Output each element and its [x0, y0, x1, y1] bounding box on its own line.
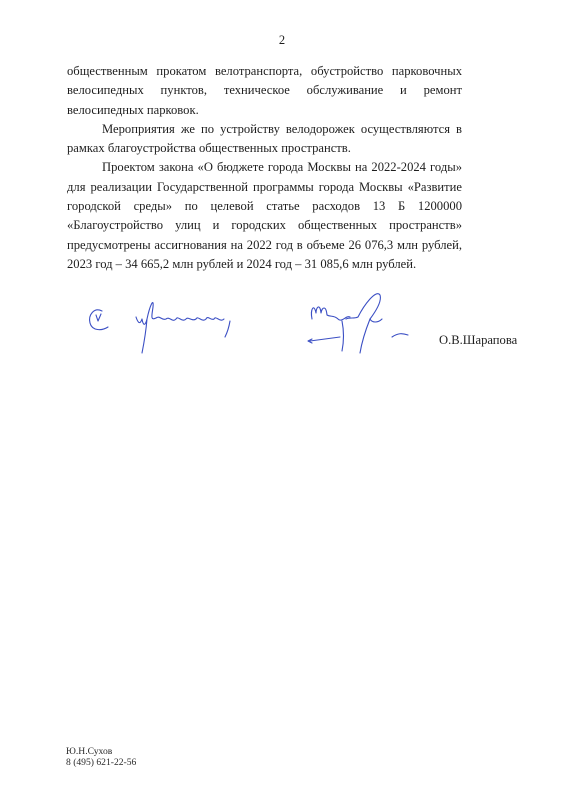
handwritten-signature-icon [80, 285, 430, 365]
letter-body: общественным прокатом велотранспорта, об… [67, 62, 462, 274]
paragraph-continuation: общественным прокатом велотранспорта, об… [67, 62, 462, 120]
page-number: 2 [0, 33, 564, 48]
executor-info: Ю.Н.Сухов 8 (495) 621-22-56 [66, 746, 136, 768]
paragraph-bike-lanes: Мероприятия же по устройству велодорожек… [67, 120, 462, 159]
executor-phone: 8 (495) 621-22-56 [66, 757, 136, 768]
executor-name: Ю.Н.Сухов [66, 746, 136, 757]
signature-block: О.В.Шарапова [80, 285, 550, 365]
signer-name: О.В.Шарапова [439, 333, 517, 348]
paragraph-budget: Проектом закона «О бюджете города Москвы… [67, 158, 462, 274]
